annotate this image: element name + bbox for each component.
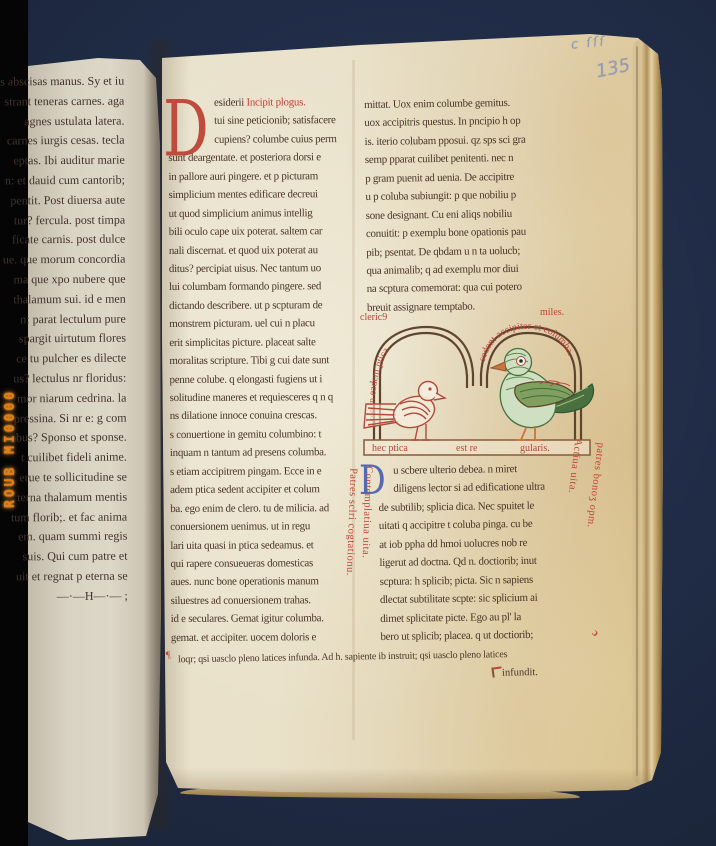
manuscript-text-line: eptas. Ibi auditur marie	[1, 151, 125, 172]
manuscript-text-line: simplicium mentes edificare decreui	[168, 185, 360, 204]
manuscript-text-line: gemat. et accipiter. uocem doloris e	[171, 628, 363, 647]
caption-clericus: cleric9	[360, 312, 387, 323]
bottom-catch-text: infundit.	[502, 663, 582, 683]
perch: hec ptica est re gularis.	[364, 440, 590, 455]
text-column-2-upper: mittat. Uox enim columbe gemitus.uox acc…	[364, 93, 603, 318]
manuscript-text-line: bili oculo cape uix poterat. saltem car	[169, 222, 361, 241]
bottom-catch-line: infundit.	[502, 663, 582, 683]
manuscript-text-line: agnes ustulata latera.	[0, 111, 124, 132]
manuscript-text-line: tum florib;. et fac anima	[3, 507, 127, 528]
perch-label-1: hec ptica	[372, 443, 408, 454]
manuscript-text-line: suis. Qui cum patre et	[3, 547, 127, 568]
manuscript-text-line: s etiam accipitrem pingam. Ecce in e	[170, 462, 362, 481]
manuscript-text-line: siluestres ad conuersionem trahas.	[171, 591, 363, 610]
manuscript-text-line: erit simplicitas picture. placeat salte	[169, 333, 361, 352]
manuscript-text-line: s conuertione in gemitu columbino: t	[170, 425, 362, 444]
caption-miles: miles.	[540, 307, 564, 318]
manuscript-text-line: us? lectulus nr floridus:	[2, 369, 126, 390]
perch-label-2: est re	[456, 443, 478, 454]
manuscript-text-line: pressina. Si nr e: g com	[2, 408, 126, 429]
manuscript-text-line: id e seculares. Gemat igitur columba.	[171, 609, 363, 628]
manuscript-text-line: carnes iurgis cesas. tecla	[1, 131, 125, 152]
manuscript-text-line: ue. que morum concordia	[1, 250, 125, 271]
manuscript-text-line: erue te sollicitudine se	[3, 468, 127, 489]
perch-label-3: gularis.	[520, 443, 550, 454]
manuscript-text-line: lui columbam formando pingere. sed	[169, 277, 361, 296]
manuscript-text-line: pentit. Post diuersa aute	[1, 190, 125, 211]
manuscript-text-line: sunt deargentate. et posteriora dorsi e	[168, 148, 360, 167]
manuscript-text-line: em. quam summi regis	[3, 527, 127, 548]
manuscript-text-line: conuersionem uenimus. ut in regu	[170, 517, 362, 536]
manuscript-text-line: n: parat lectulum pure	[2, 309, 126, 330]
manuscript-text-line: uit et regnat p eterna se	[4, 566, 128, 587]
manuscript-text-line: strant teneras carnes. aga	[0, 91, 124, 112]
rubric-incipit: Incipit plogus.	[246, 96, 305, 108]
manuscript-text-line: s abscisas manus. Sy et iur	[0, 72, 124, 93]
manuscript-text-line: dictando describere. ut p scpturam de	[169, 296, 361, 315]
manuscript-text-line: ma que xpo nubere que	[2, 270, 126, 291]
manuscript-text-line: —·—H—·— ;	[4, 586, 128, 607]
manuscript-text-line: terna thalamum mentis	[3, 487, 127, 508]
aviary-drawing: cleric9 miles. Ecce in eadem ptica seden…	[360, 300, 598, 476]
manuscript-text-line: in pallore auri pingere. et p picturam	[168, 167, 360, 186]
text-column-2-lower: u scbere ulterio debea. n miret diligens…	[378, 459, 601, 646]
manuscript-text-line: aues. nunc bone operationis manum	[171, 572, 363, 591]
manuscript-text-line: qui rapere consueueras domesticas	[170, 554, 362, 573]
left-page-text: s abscisas manus. Sy et iurstrant tenera…	[0, 72, 128, 607]
manuscript-text-line: ce tu pulcher es dilecte	[2, 349, 126, 370]
manuscript-text-line: ba. ego enim de clero. tu de milicia. ad	[170, 499, 362, 518]
text-column-1: esiderii Incipit plogus. tui sine petici…	[168, 93, 363, 647]
paragraph-mark: ¶	[165, 650, 171, 662]
manuscript-text-line: ut quod simplicium animus intellig	[169, 204, 361, 223]
manuscript-text-line: bero ut splicib; placea. q ut doctiorib;	[380, 625, 600, 647]
manuscript-text-line: inquam n tantum ad presens columba.	[170, 443, 362, 462]
manuscript-text-line: mor niarum cedrina. la	[2, 388, 126, 409]
manuscript-text-line: lari uita quasi in ptica sedeamus. et	[170, 535, 362, 554]
bird-illustration: cleric9 miles. Ecce in eadem ptica seden…	[360, 300, 598, 476]
manuscript-text-line: thalamum sui. id e men	[2, 289, 126, 310]
manuscript-text-line: penne colube. q elongasti fugiens ut i	[169, 370, 361, 389]
manuscript-text-line: ditus? percipiat uisus. Nec tantum uo	[169, 259, 361, 278]
first-line-text: esiderii	[214, 97, 246, 109]
manuscript-text-line: ns dilatione innoce conuina crescas.	[170, 406, 362, 425]
manuscript-text-line: ibus? Sponso et sponse.	[3, 428, 127, 449]
manuscript-text-line: n: et dauid cum cantorib;	[1, 171, 125, 192]
column1-lines: tui sine peticionib; satisfacerecupiens?…	[168, 111, 363, 647]
manuscript-text-line: tur? fercula. post timpa	[1, 210, 125, 231]
dove-figure	[491, 349, 594, 441]
page-bottom-shade	[160, 768, 664, 794]
manuscript-text-line: tui sine peticionib; satisfacere	[168, 111, 360, 130]
manuscript-text-line: t cuilibet fideli anime.	[3, 448, 127, 469]
manuscript-text-line: spargit uirtutum flores	[2, 329, 126, 350]
manuscript-photo: ROUB MI0000 s abscisas manus. Sy et iurs…	[0, 0, 716, 846]
column2-part2-lines: diligens lector si ad edificatione ultra…	[378, 477, 600, 646]
manuscript-text-line: adem ptica sedent accipiter et colum	[170, 480, 362, 499]
fore-edge-line	[636, 46, 638, 776]
manuscript-text-line: cupiens? columbe cuius perm	[168, 130, 360, 149]
manuscript-text-line: solitudine maneres et requiesceres q n q	[170, 388, 362, 407]
column1-first-line: esiderii Incipit plogus.	[168, 93, 360, 112]
manuscript-text-line: monstrem picturam. uel cui n placu	[169, 314, 361, 333]
manuscript-text-line: moralitas scripture. Tibi g cui date sun…	[169, 351, 361, 370]
manuscript-text-line: nali discernat. et quod uix poterat au	[169, 240, 361, 259]
manuscript-text-line: ficate carnis. post dulce	[1, 230, 125, 251]
